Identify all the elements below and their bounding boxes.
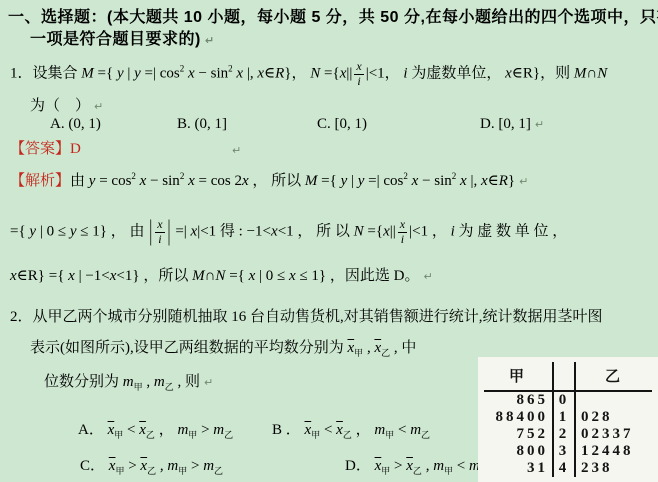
q2-stem-line1: 2．从甲乙两个城市分别随机抽取 16 台自动售货机,对其销售额进行统计,统计数据…	[10, 307, 603, 327]
stem-leaf-cell: 865	[484, 391, 553, 409]
q1-option-b: B. (0, 1]	[177, 114, 227, 134]
q2-option-c: C． x甲 > x乙 , m甲 > m乙	[80, 456, 223, 476]
stem-leaf-header-stem	[553, 362, 575, 391]
q2-stem-line3-text: 位数分别为 m甲 , m乙 , 则	[44, 374, 200, 390]
q1-analysis-line3-text: x∈R} ={ x | −1<x<1} ，所以 M∩N ={ x | 0 ≤ x…	[10, 268, 419, 284]
answer-value: D	[70, 141, 81, 157]
q1-analysis-line2: ={ y | 0 ≤ y ≤ 1} ， 由 |xi| =| x|<1 得 : −…	[10, 218, 567, 247]
section-heading-text2: 一项是符合题目要求的)	[30, 31, 201, 48]
stem-leaf-cell: 2	[553, 426, 575, 443]
stem-leaf-cell: 1	[553, 409, 575, 426]
q1-stem-line2-text: 为（ ）	[30, 98, 90, 114]
stem-leaf-cell	[575, 391, 652, 409]
paragraph-mark-icon: ↵	[535, 118, 544, 131]
q2-option-d-text: D． x甲 > x乙 , m甲 < m乙	[345, 458, 489, 474]
stem-leaf-table: 甲 乙 865088400102875220233780031244831423…	[484, 362, 652, 477]
paragraph-mark-icon: ↵	[94, 100, 103, 113]
q1-option-d-text: D. [0, 1]	[480, 116, 531, 132]
stem-leaf-cell: 800	[484, 443, 553, 460]
paragraph-mark-icon: ↵	[205, 34, 215, 47]
section-heading-line1: 一、选择题：(本大题共 10 小题，每小题 5 分，共 50 分,在每小题给出的…	[8, 8, 658, 28]
stem-leaf-cell: 12448	[575, 443, 652, 460]
q1-stem-line1: 1．设集合 M ={ y | y =| cos2 x − sin2 x |, x…	[10, 60, 607, 89]
stem-leaf-cell: 31	[484, 460, 553, 477]
section-heading-text1: 一、选择题：(本大题共 10 小题，每小题 5 分，共 50 分,在每小题给出的…	[8, 9, 658, 26]
q1-answer-line: 【答案】D	[10, 139, 81, 159]
stem-leaf-cell: 0	[553, 391, 575, 409]
stem-leaf-cell: 3	[553, 443, 575, 460]
q1-option-a: A. (0, 1)	[50, 114, 101, 134]
q1-option-c: C. [0, 1)	[317, 114, 367, 134]
q1-analysis-line1: 【解析】由 y = cos2 x − sin2 x = cos 2x ， 所以 …	[10, 171, 528, 192]
stem-leaf-row: 884001028	[484, 409, 652, 426]
answer-label: 【答案】	[10, 141, 70, 157]
q2-stem-line3: 位数分别为 m甲 , m乙 , 则↵	[44, 372, 213, 393]
stem-leaf-header-right: 乙	[575, 362, 652, 391]
paragraph-mark-icon: ↵	[232, 141, 241, 161]
stem-leaf-cell: 238	[575, 460, 652, 477]
stem-leaf-figure: 甲 乙 865088400102875220233780031244831423…	[478, 357, 658, 482]
q1-option-d: D. [0, 1]↵	[480, 114, 544, 135]
stem-leaf-row: 800312448	[484, 443, 652, 460]
stem-leaf-cell: 4	[553, 460, 575, 477]
stem-leaf-body: 8650884001028752202337800312448314238	[484, 391, 652, 477]
section-heading-line2: 一项是符合题目要求的)↵	[30, 30, 215, 51]
stem-leaf-header-left: 甲	[484, 362, 553, 391]
q2-option-b: B ． x甲 < x乙 ， m甲 < m乙	[272, 420, 430, 440]
q2-stem-line2: 表示(如图所示),设甲乙两组数据的平均数分别为 x甲 , x乙 , 中	[30, 338, 416, 358]
stem-leaf-cell: 02337	[575, 426, 652, 443]
stem-leaf-row: 8650	[484, 391, 652, 409]
analysis-label: 【解析】	[10, 173, 70, 189]
stem-leaf-cell: 028	[575, 409, 652, 426]
q1-analysis-line3: x∈R} ={ x | −1<x<1} ，所以 M∩N ={ x | 0 ≤ x…	[10, 266, 433, 287]
stem-leaf-cell: 88400	[484, 409, 553, 426]
paragraph-mark-icon: ↵	[519, 175, 528, 188]
paragraph-mark-icon: ↵	[204, 376, 213, 389]
stem-leaf-cell: 752	[484, 426, 553, 443]
q2-option-a: A． x甲 < x乙 ， m甲 > m乙	[78, 420, 233, 440]
stem-leaf-row: 752202337	[484, 426, 652, 443]
stem-leaf-row: 314238	[484, 460, 652, 477]
exam-document-page: 一、选择题：(本大题共 10 小题，每小题 5 分，共 50 分,在每小题给出的…	[0, 0, 658, 482]
stem-leaf-header-row: 甲 乙	[484, 362, 652, 391]
paragraph-mark-icon: ↵	[423, 270, 432, 283]
q1-analysis-line1-text: 由 y = cos2 x − sin2 x = cos 2x ， 所以 M ={…	[70, 173, 515, 189]
